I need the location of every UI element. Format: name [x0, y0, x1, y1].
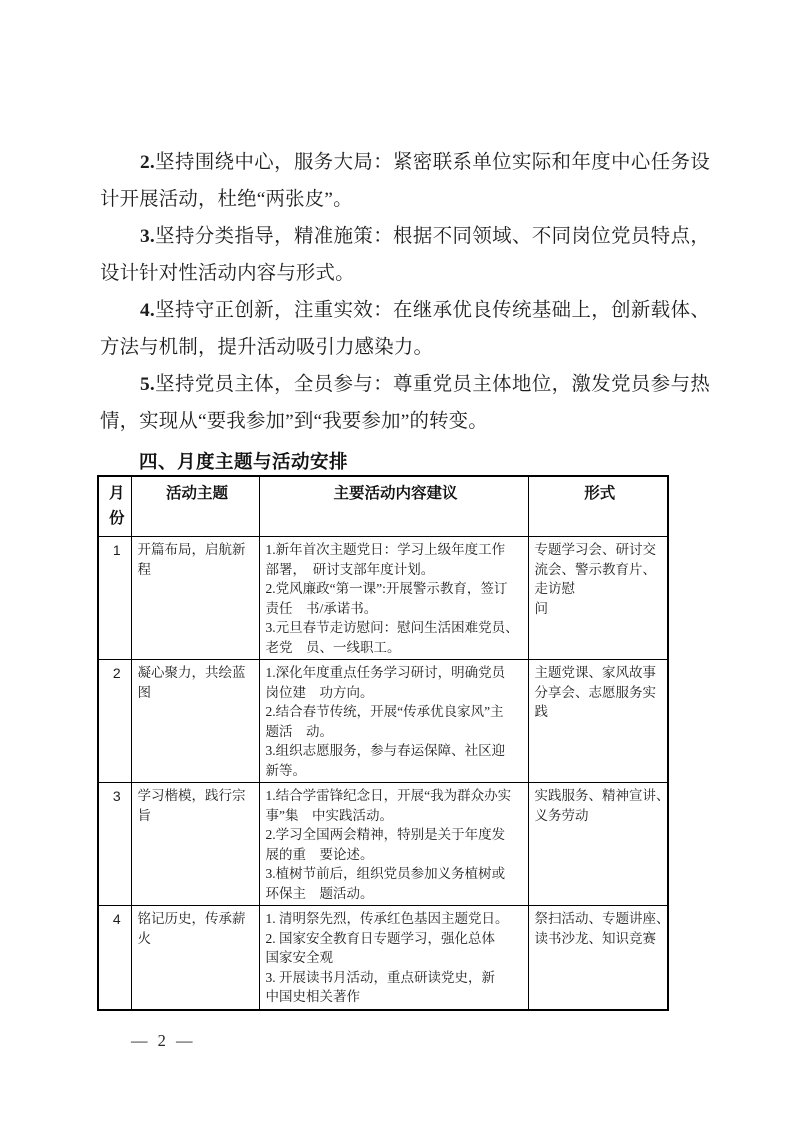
text-line: 题活 动。 [266, 722, 526, 742]
text-line: 3.植树节前后，组织党员参加义务植树或 [266, 864, 526, 884]
paragraph-5-number: 5. [140, 374, 155, 395]
cell-form-4: 祭扫活动、专题讲座、读书沙龙、知识竞赛 [528, 906, 668, 1010]
paragraph-5: 5.坚持党员主体，全员参与：尊重党员主体地位，激发党员参与热情，实现从“要我参加… [100, 366, 710, 440]
cell-content-4: 1. 清明祭先烈，传承红色基因主题党日。2. 国家安全教育日专题学习，强化总体国… [259, 906, 528, 1010]
table-row-month-2: 2 凝心聚力，共绘蓝图 1.深化年度重点任务学习研讨，明确党员岗位建 功方向。2… [98, 660, 668, 783]
text-line: 义务劳动 [535, 806, 666, 826]
cell-month-2: 2 [98, 660, 131, 783]
paragraph-2: 2.坚持围绕中心，服务大局：紧密联系单位实际和年度中心任务设计开展活动，杜绝“两… [100, 144, 710, 218]
page-number: — 2 — [131, 1031, 196, 1051]
text-line: 岗位建 功方向。 [266, 683, 526, 703]
text-line: 月 [105, 481, 129, 506]
text-line: 3. 开展读书月活动，重点研读党史，新 [266, 968, 526, 988]
text-line: 实践服务、精神宣讲、 [535, 786, 666, 806]
text-line: 国家安全观 [266, 948, 526, 968]
text-line: 流会、警示教育片、 [535, 560, 666, 580]
cell-content-2: 1.深化年度重点任务学习研讨，明确党员岗位建 功方向。2.结合春节传统，开展“传… [259, 660, 528, 783]
header-content: 主要活动内容建议 [259, 476, 528, 537]
text-line: 1. 清明祭先烈，传承红色基因主题党日。 [266, 909, 526, 929]
document-page: 2.坚持围绕中心，服务大局：紧密联系单位实际和年度中心任务设计开展活动，杜绝“两… [0, 0, 793, 1122]
text-line: 开篇布局，启航新 [138, 540, 257, 560]
cell-month-3: 3 [98, 783, 131, 906]
text-line: 旨 [138, 806, 257, 826]
cell-topic-1: 开篇布局，启航新程 [131, 537, 259, 660]
text-line: 老党 员、一线职工。 [266, 638, 526, 658]
cell-content-3: 1.结合学雷锋纪念日，开展“我为群众办实事”集 中实践活动。2.学习全国两会精神… [259, 783, 528, 906]
text-line: 事”集 中实践活动。 [266, 806, 526, 826]
paragraph-4-number: 4. [140, 300, 155, 321]
paragraph-4-text: 坚持守正创新，注重实效：在继承优良传统基础上，创新载体、方法与机制，提升活动吸引… [100, 300, 710, 358]
text-line: 中国史相关著作 [266, 987, 526, 1007]
paragraph-3-text: 坚持分类指导，精准施策：根据不同领域、不同岗位党员特点，设计针对性活动内容与形式… [100, 226, 710, 284]
text-line: 1.结合学雷锋纪念日，开展“我为群众办实 [266, 786, 526, 806]
text-line: 部署， 研讨支部年度计划。 [266, 560, 526, 580]
paragraph-2-number: 2. [140, 152, 155, 173]
cell-topic-2: 凝心聚力，共绘蓝图 [131, 660, 259, 783]
text-line: 环保主 题活动。 [266, 884, 526, 904]
text-line: 凝心聚力，共绘蓝 [138, 663, 257, 683]
cell-content-1: 1.新年首次主题党日：学习上级年度工作部署， 研讨支部年度计划。2.党风廉政“第… [259, 537, 528, 660]
text-line: 2.学习全国两会精神，特别是关于年度发 [266, 825, 526, 845]
text-line: 图 [138, 683, 257, 703]
text-line: 读书沙龙、知识竞赛 [535, 929, 666, 949]
text-line: 3.组织志愿服务，参与春运保障、社区迎 [266, 741, 526, 761]
text-line: 祭扫活动、专题讲座、 [535, 909, 666, 929]
cell-form-3: 实践服务、精神宣讲、义务劳动 [528, 783, 668, 906]
text-line: 2. 国家安全教育日专题学习，强化总体 [266, 929, 526, 949]
text-line: 2.党风廉政“第一课”:开展警示教育，签订 [266, 579, 526, 599]
cell-form-2: 主题党课、家风故事分享会、志愿服务实践 [528, 660, 668, 783]
text-line: 问 [535, 599, 666, 619]
body-paragraphs: 2.坚持围绕中心，服务大局：紧密联系单位实际和年度中心任务设计开展活动，杜绝“两… [100, 144, 710, 440]
text-line: 主题党课、家风故事 [535, 663, 666, 683]
text-line: 践 [535, 702, 666, 722]
section-title: 四、月度主题与活动安排 [139, 448, 348, 474]
text-line: 展的重 要论述。 [266, 845, 526, 865]
paragraph-3: 3.坚持分类指导，精准施策：根据不同领域、不同岗位党员特点，设计针对性活动内容与… [100, 218, 710, 292]
text-line: 份 [105, 506, 129, 531]
text-line: 3.元旦春节走访慰问：慰问生活困难党员、 [266, 618, 526, 638]
table-header-row: 月份 活动主题 主要活动内容建议 形式 [98, 476, 668, 537]
paragraph-4: 4.坚持守正创新，注重实效：在继承优良传统基础上，创新载体、方法与机制，提升活动… [100, 292, 710, 366]
cell-month-4: 4 [98, 906, 131, 1010]
header-topic: 活动主题 [131, 476, 259, 537]
text-line: 专题学习会、研讨交 [535, 540, 666, 560]
text-line: 1.深化年度重点任务学习研讨，明确党员 [266, 663, 526, 683]
paragraph-5-text: 坚持党员主体，全员参与：尊重党员主体地位，激发党员参与热情，实现从“要我参加”到… [100, 374, 710, 432]
monthly-schedule-table: 月份 活动主题 主要活动内容建议 形式 1 开篇布局，启航新程 1.新年首次主题… [97, 475, 669, 1011]
text-line: 2.结合春节传统，开展“传承优良家风”主 [266, 702, 526, 722]
text-line: 火 [138, 929, 257, 949]
header-form: 形式 [528, 476, 668, 537]
table-row-month-4: 4 铭记历史，传承薪火 1. 清明祭先烈，传承红色基因主题党日。2. 国家安全教… [98, 906, 668, 1010]
text-line: 学习楷模，践行宗 [138, 786, 257, 806]
text-line: 走访慰 [535, 579, 666, 599]
text-line: 1.新年首次主题党日：学习上级年度工作 [266, 540, 526, 560]
text-line: 责任 书/承诺书。 [266, 599, 526, 619]
cell-month-1: 1 [98, 537, 131, 660]
paragraph-3-number: 3. [140, 226, 155, 247]
cell-topic-4: 铭记历史，传承薪火 [131, 906, 259, 1010]
table-row-month-1: 1 开篇布局，启航新程 1.新年首次主题党日：学习上级年度工作部署， 研讨支部年… [98, 537, 668, 660]
header-month: 月份 [98, 476, 131, 537]
cell-form-1: 专题学习会、研讨交流会、警示教育片、走访慰问 [528, 537, 668, 660]
paragraph-2-text: 坚持围绕中心，服务大局：紧密联系单位实际和年度中心任务设计开展活动，杜绝“两张皮… [100, 152, 710, 210]
text-line: 程 [138, 560, 257, 580]
text-line: 铭记历史，传承薪 [138, 909, 257, 929]
text-line: 新等。 [266, 761, 526, 781]
table-row-month-3: 3 学习楷模，践行宗旨 1.结合学雷锋纪念日，开展“我为群众办实事”集 中实践活… [98, 783, 668, 906]
cell-topic-3: 学习楷模，践行宗旨 [131, 783, 259, 906]
text-line: 分享会、志愿服务实 [535, 683, 666, 703]
